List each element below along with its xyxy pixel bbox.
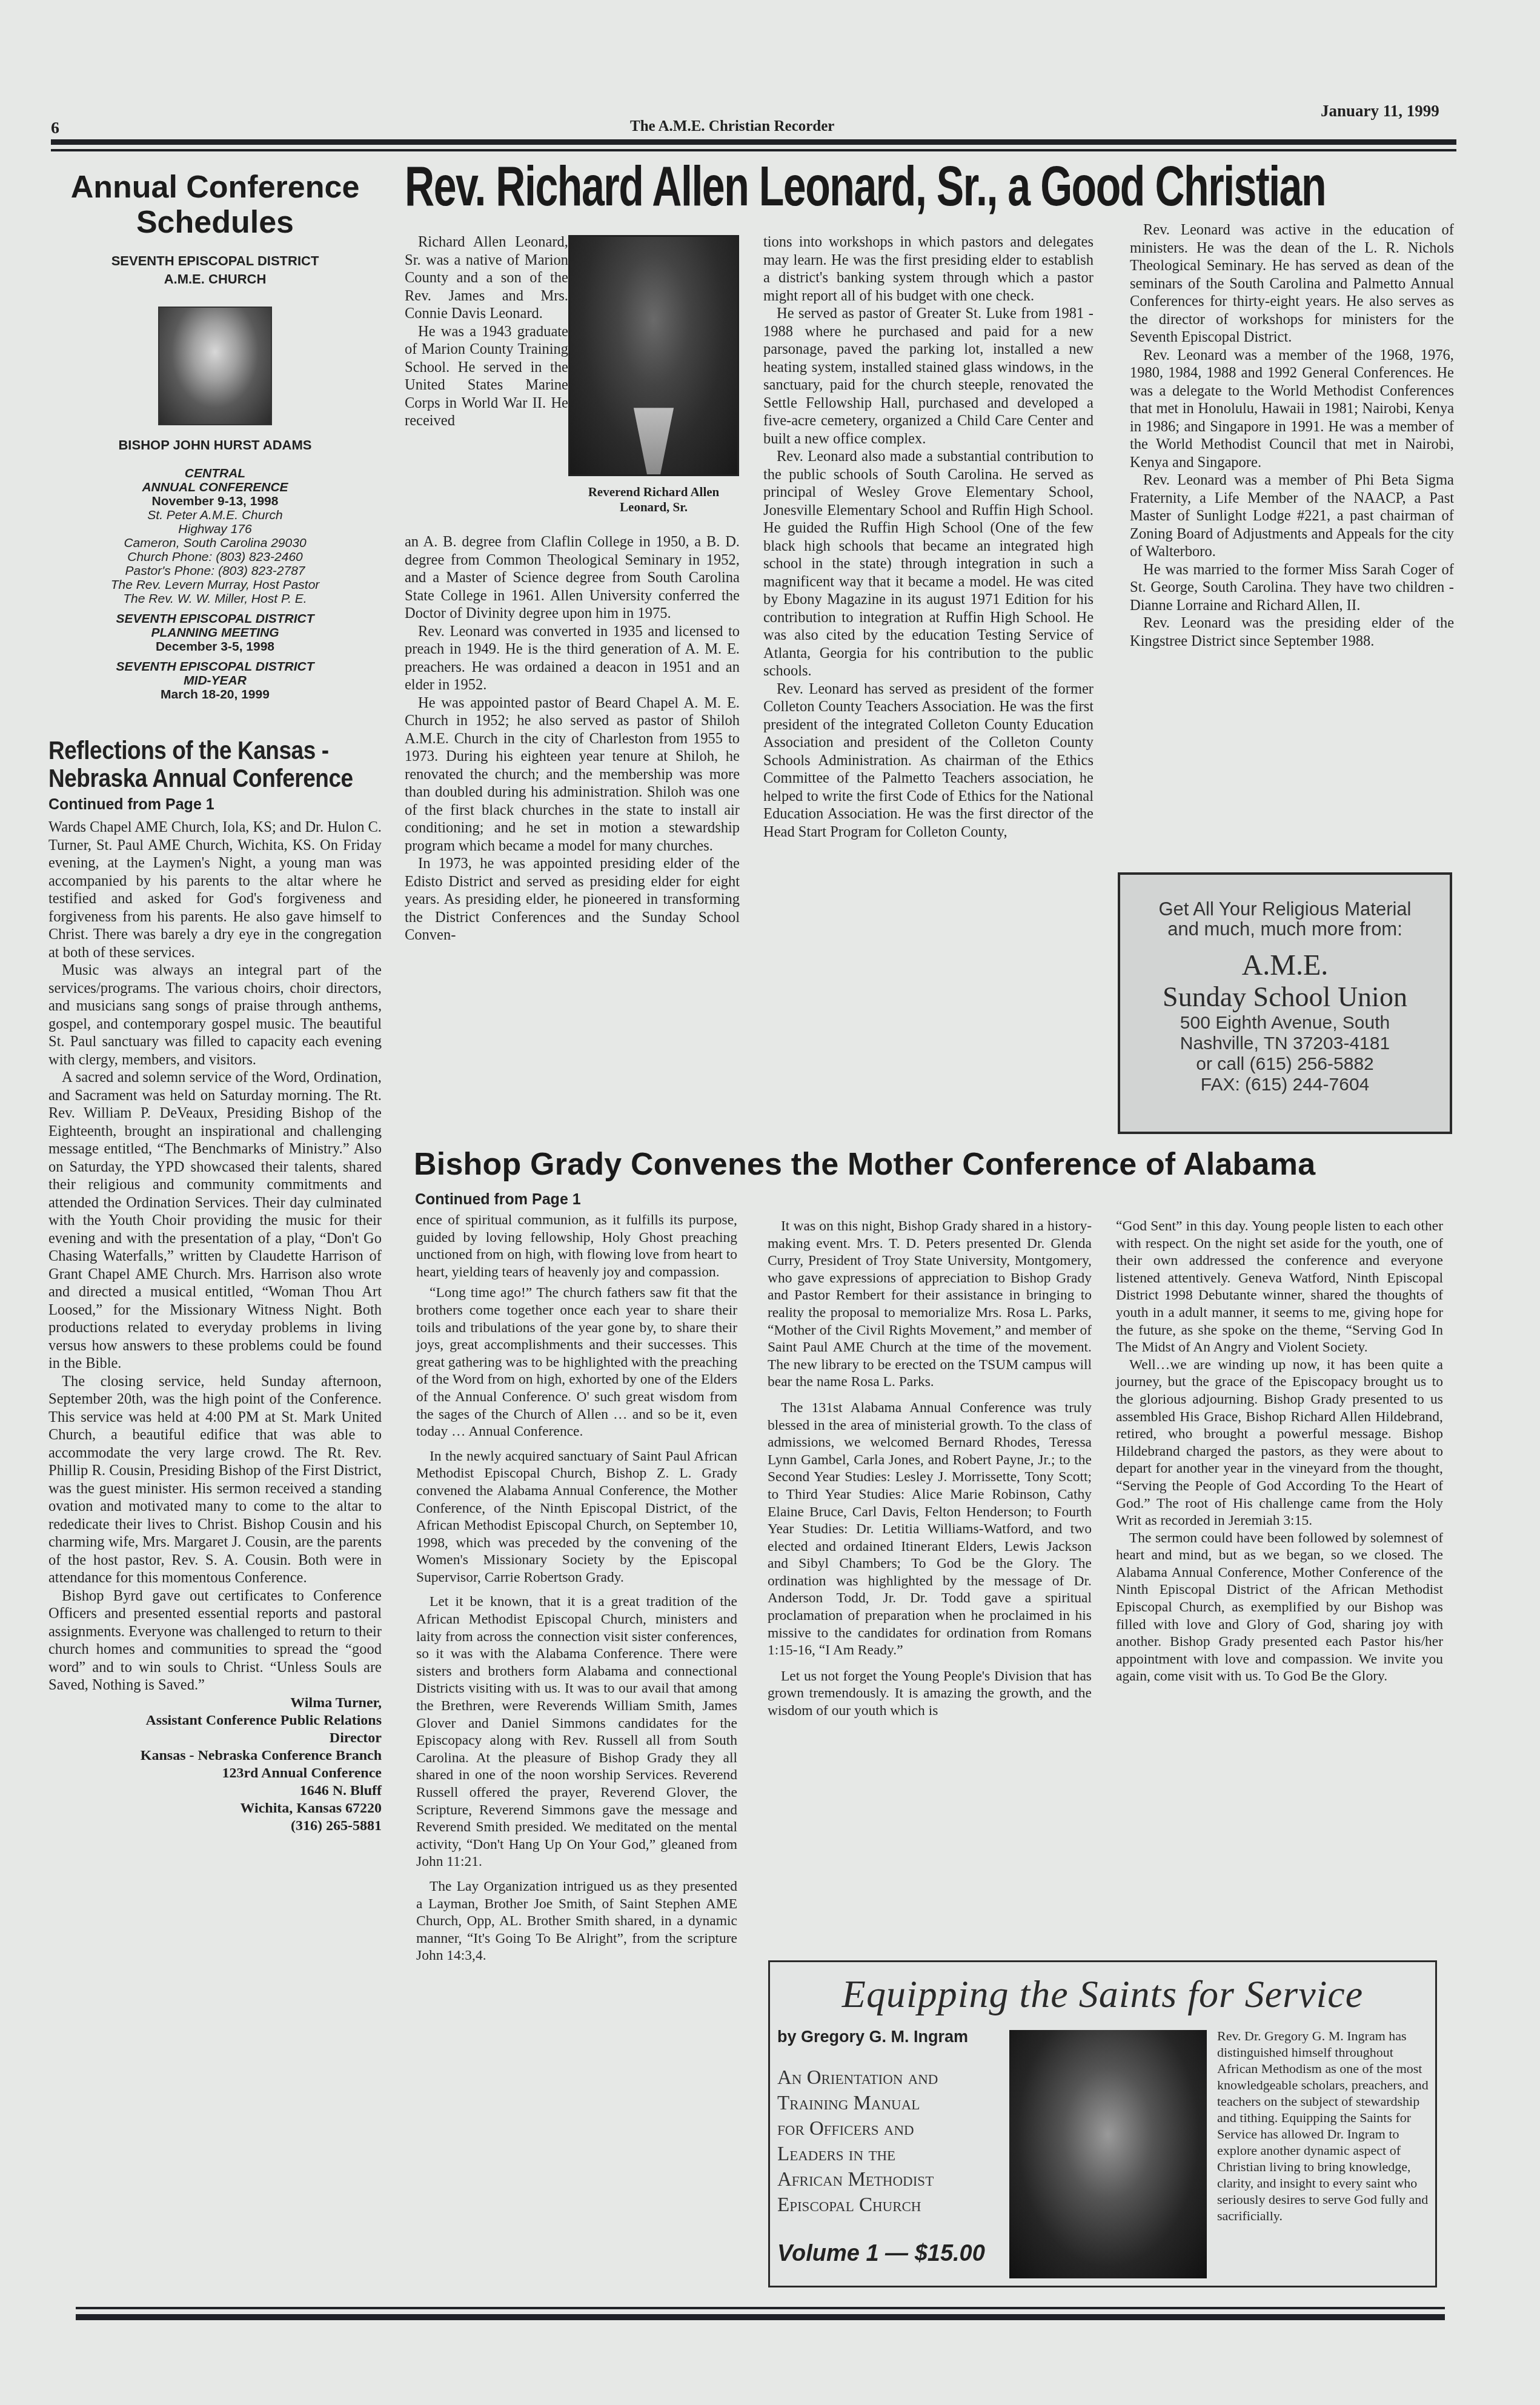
schedules-title: Annual Conference Schedules — [48, 170, 382, 240]
kansas-article-body: Wards Chapel AME Church, Iola, KS; and D… — [48, 818, 382, 1694]
footer-rule-thin — [76, 2307, 1445, 2309]
footer-rule-thick — [76, 2314, 1445, 2320]
header-rule-thick — [51, 139, 1456, 145]
grady-col1: ence of spiritual communion, as it fulfi… — [416, 1212, 737, 1965]
publication-name: The A.M.E. Christian Recorder — [630, 118, 834, 135]
leonard-col2: tions into workshops in which pastors an… — [763, 233, 1094, 841]
continued-from-label: Continued from Page 1 — [48, 796, 382, 814]
leonard-photo — [568, 235, 739, 476]
kansas-headline: Reflections of the Kansas - Nebraska Ann… — [48, 737, 379, 792]
ad-subtitle: An Orientation and Training Manual for O… — [777, 2065, 965, 2218]
ad-title: Equipping the Saints for Service — [770, 1972, 1435, 2017]
leonard-col1-narrow: Richard Allen Leonard, Sr. was a native … — [405, 233, 568, 430]
bishop-adams-photo — [158, 307, 272, 425]
ad-price: Volume 1 — $15.00 — [777, 2241, 985, 2267]
bishop-name: BISHOP JOHN HURST ADAMS — [48, 437, 382, 453]
page-number: 6 — [51, 119, 59, 138]
grady-headline: Bishop Grady Convenes the Mother Confere… — [414, 1147, 1315, 1182]
sunday-school-union-ad: Get All Your Religious Material and much… — [1118, 872, 1452, 1134]
header-rule-thin — [51, 149, 1456, 151]
ad-blurb: Rev. Dr. Gregory G. M. Ingram has distin… — [1217, 2028, 1432, 2224]
leonard-col3: Rev. Leonard was active in the education… — [1130, 221, 1454, 650]
grady-continued-label: Continued from Page 1 — [415, 1191, 581, 1209]
leonard-photo-caption: Reverend Richard Allen Leonard, Sr. — [568, 485, 739, 515]
ingram-photo — [1009, 2030, 1207, 2278]
leonard-headline: Rev. Richard Allen Leonard, Sr., a Good … — [405, 156, 1326, 217]
grady-col3: “God Sent” in this day. Young people lis… — [1116, 1218, 1443, 1685]
ad-author: by Gregory G. M. Ingram — [777, 2028, 968, 2046]
left-column: Annual Conference Schedules SEVENTH EPIS… — [48, 170, 382, 1835]
equipping-saints-ad: Equipping the Saints for Service by Greg… — [768, 1960, 1437, 2287]
article-signature: Wilma Turner, Assistant Conference Publi… — [48, 1694, 382, 1835]
schedule-event-central: CENTRAL ANNUAL CONFERENCE November 9-13,… — [48, 466, 382, 702]
leonard-col1-wide: an A. B. degree from Claflin College in … — [405, 533, 740, 944]
district-label: SEVENTH EPISCOPAL DISTRICT A.M.E. CHURCH — [48, 252, 382, 288]
issue-date: January 11, 1999 — [1321, 102, 1439, 121]
grady-col2: It was on this night, Bishop Grady share… — [768, 1218, 1092, 1720]
